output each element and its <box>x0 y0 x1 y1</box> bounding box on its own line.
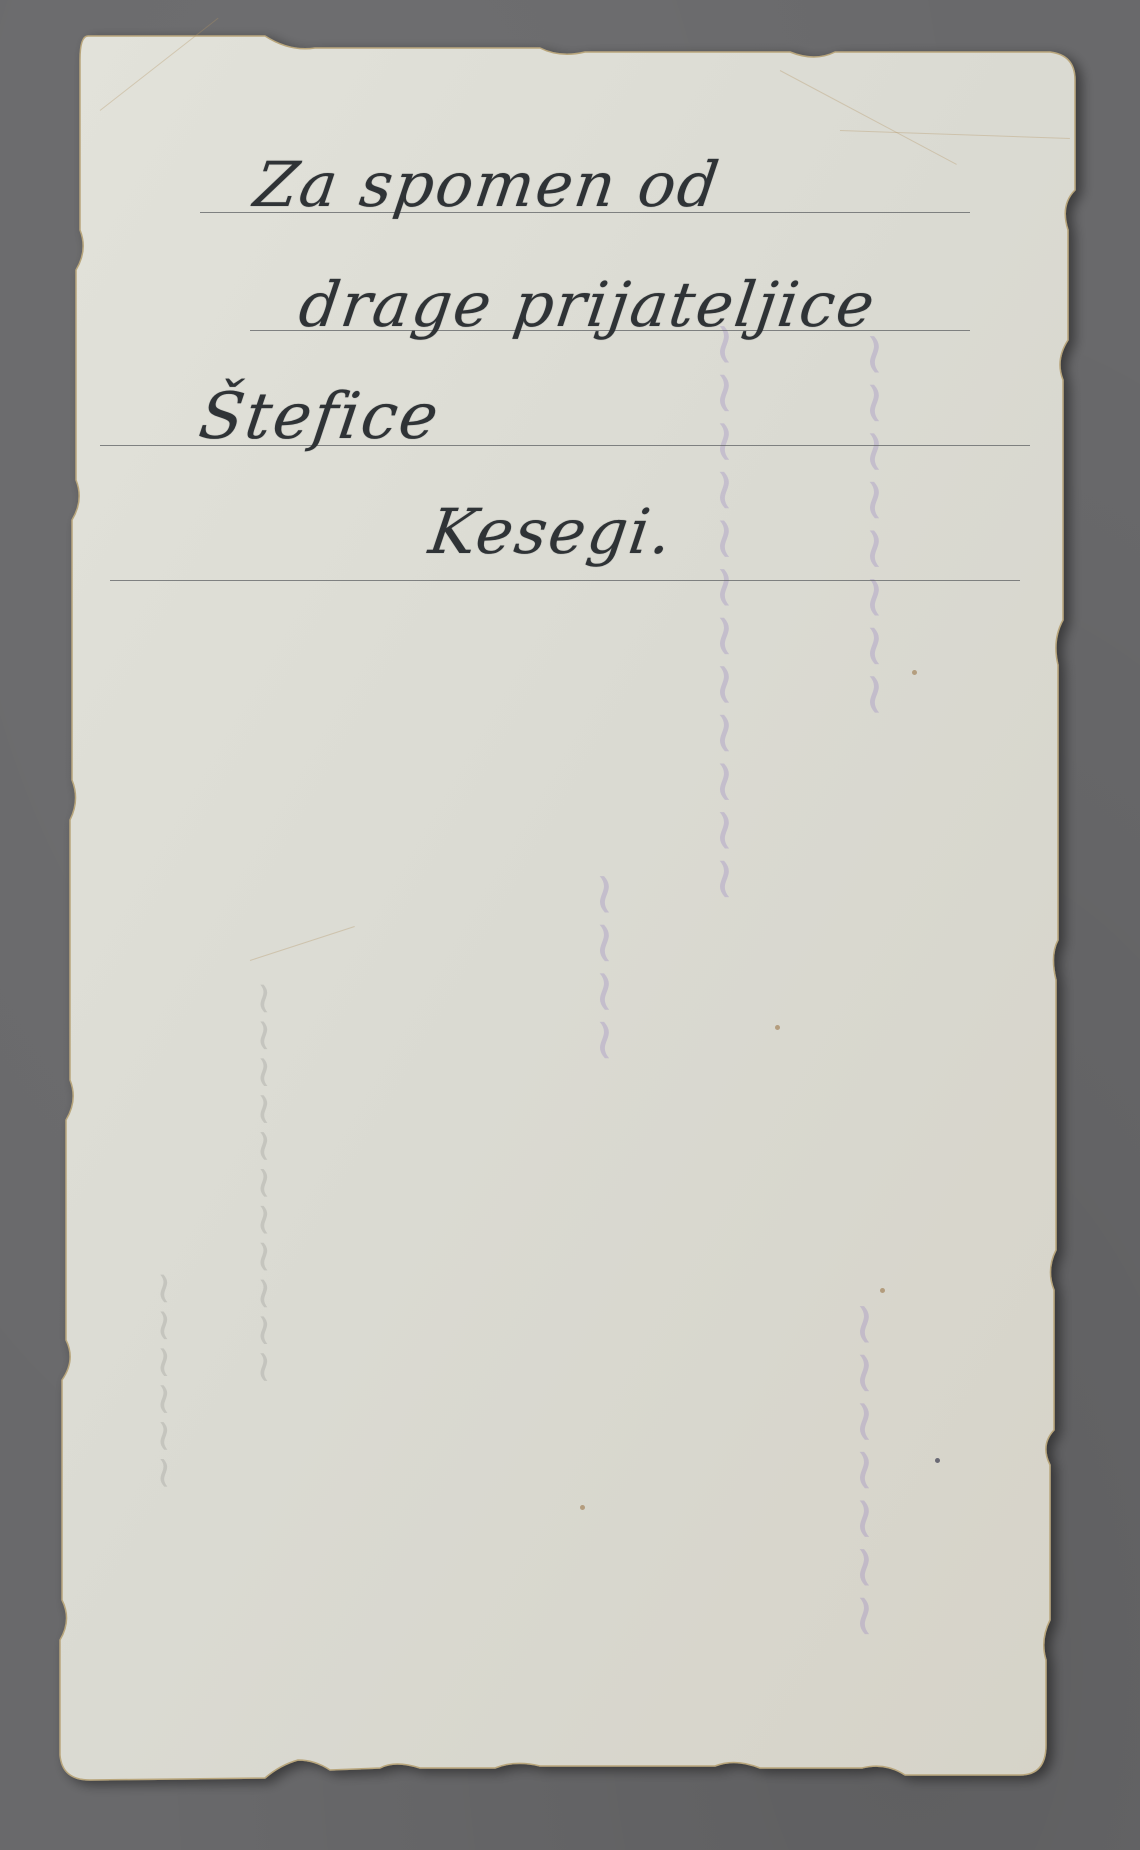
stain-speck <box>580 1505 585 1510</box>
ink-speck <box>935 1458 940 1463</box>
handwriting-line-3: Štefice <box>195 380 445 454</box>
stain-speck <box>912 670 917 675</box>
stain-speck <box>775 1025 780 1030</box>
handwriting-line-1: Za spomen od <box>250 148 725 221</box>
handwriting-line-2: drage prijateljice <box>295 268 881 341</box>
handwriting-signature: Kesegi. <box>425 495 678 568</box>
stain-speck <box>880 1288 885 1293</box>
ruled-line <box>110 580 1020 581</box>
memorial-card: ~~~~~~~~ ~~~~~~~~~~~~ ~~~~~~~ ~~~~ ~~~~~… <box>0 0 1140 1850</box>
